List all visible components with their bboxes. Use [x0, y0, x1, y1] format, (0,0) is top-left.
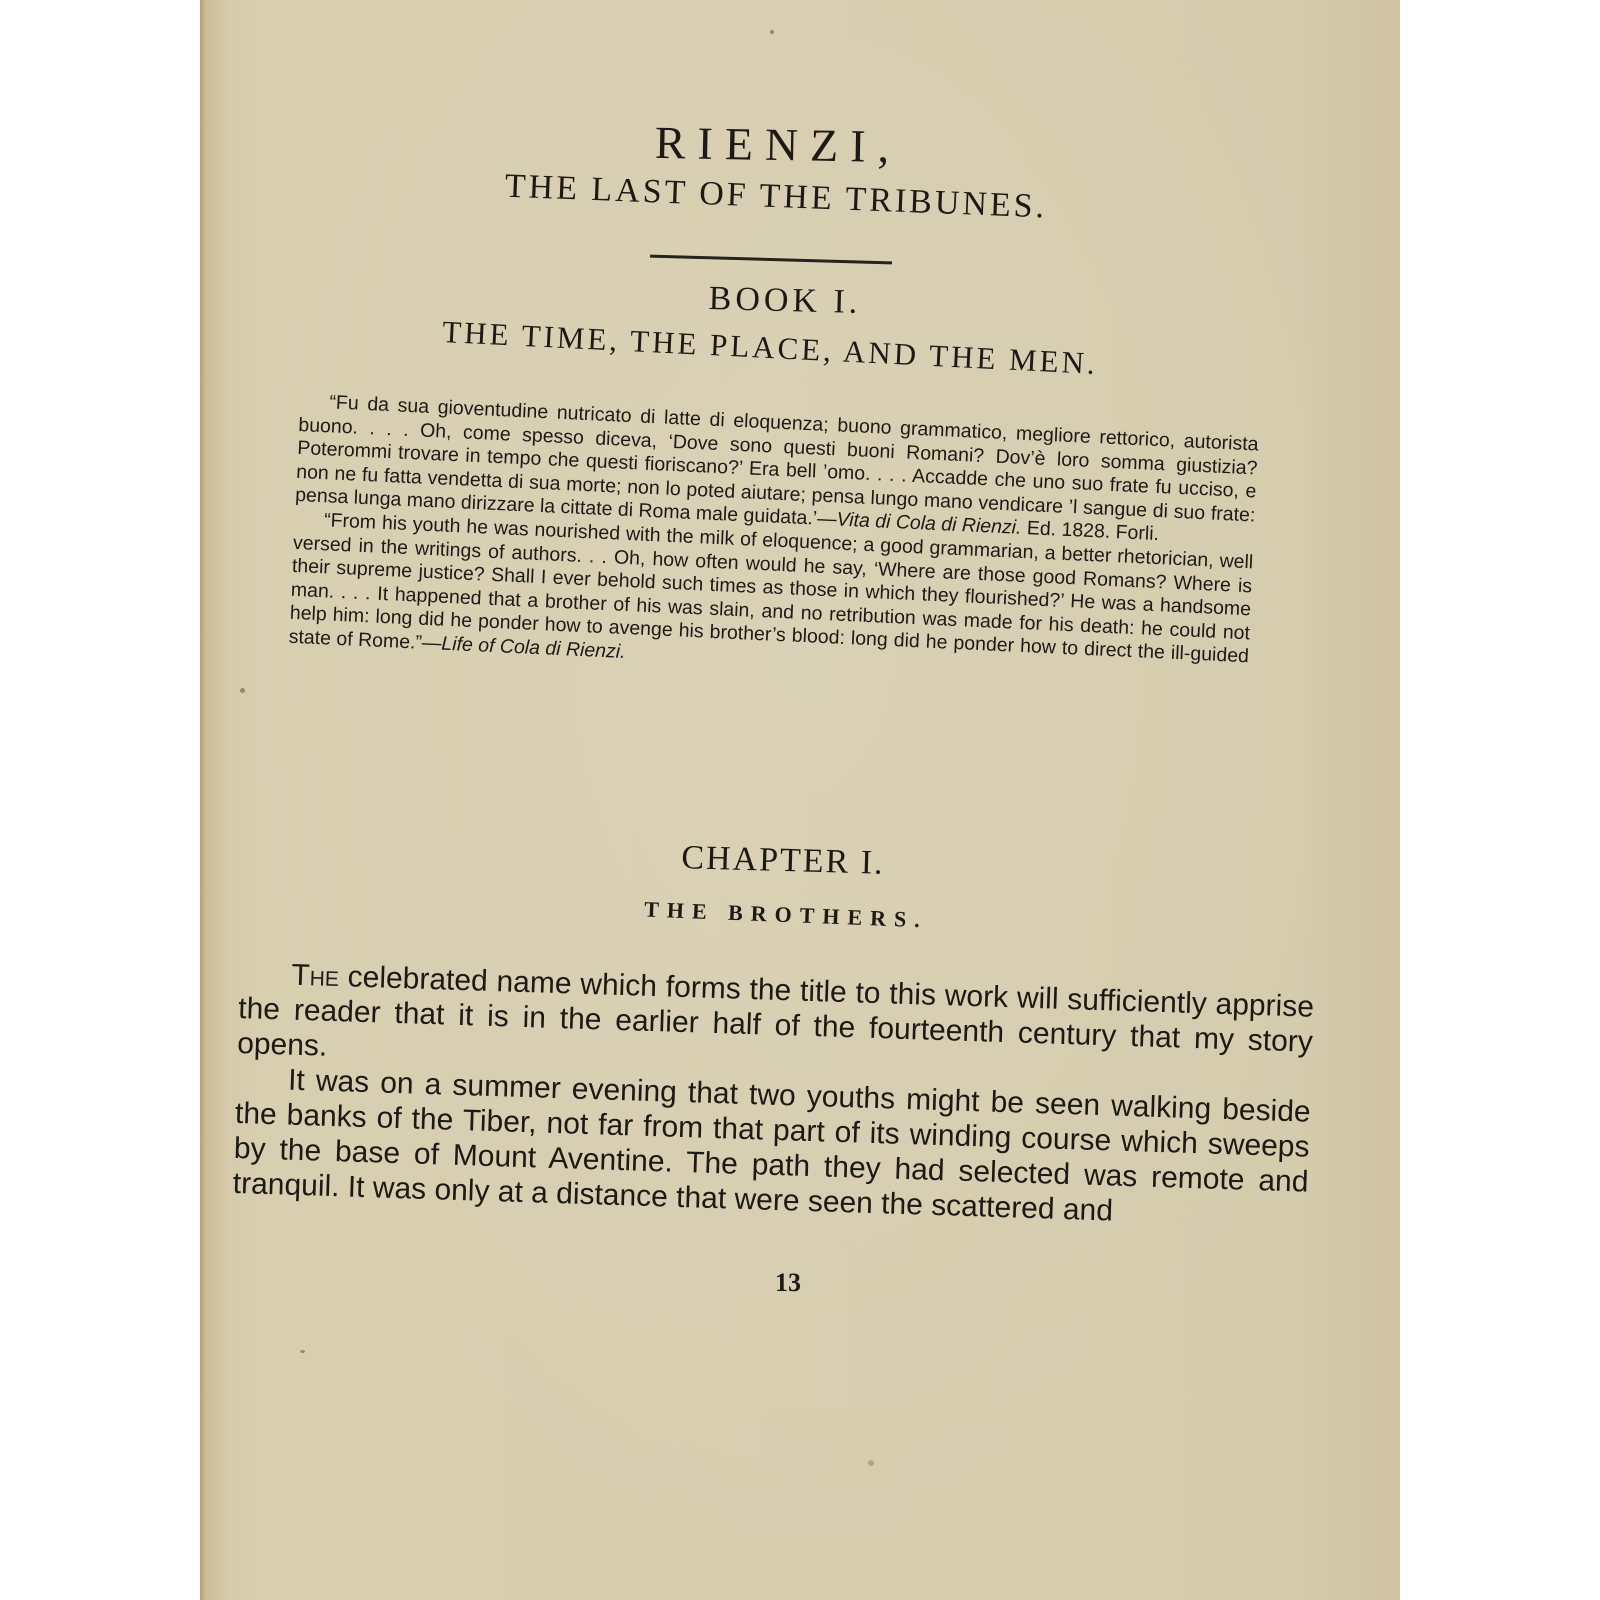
- paper-speck: [770, 30, 774, 34]
- paragraph-text: celebrated name which forms the title to…: [237, 960, 1315, 1063]
- paper-speck: [300, 1350, 305, 1353]
- chapter-body: The celebrated name which forms the titl…: [232, 956, 1314, 1235]
- title-divider: [650, 255, 892, 265]
- paragraph-lead-word: The: [291, 959, 340, 993]
- paper-speck: [240, 688, 245, 693]
- paper-speck: [868, 1460, 874, 1466]
- epigraph-italian-text: “Fu da sua gioventudine nutricato di lat…: [295, 391, 1259, 530]
- epigraph: “Fu da sua gioventudine nutricato di lat…: [288, 390, 1259, 693]
- book-page: RIENZI, THE LAST OF THE TRIBUNES. BOOK I…: [200, 0, 1400, 1600]
- page-number: 13: [188, 1268, 1388, 1298]
